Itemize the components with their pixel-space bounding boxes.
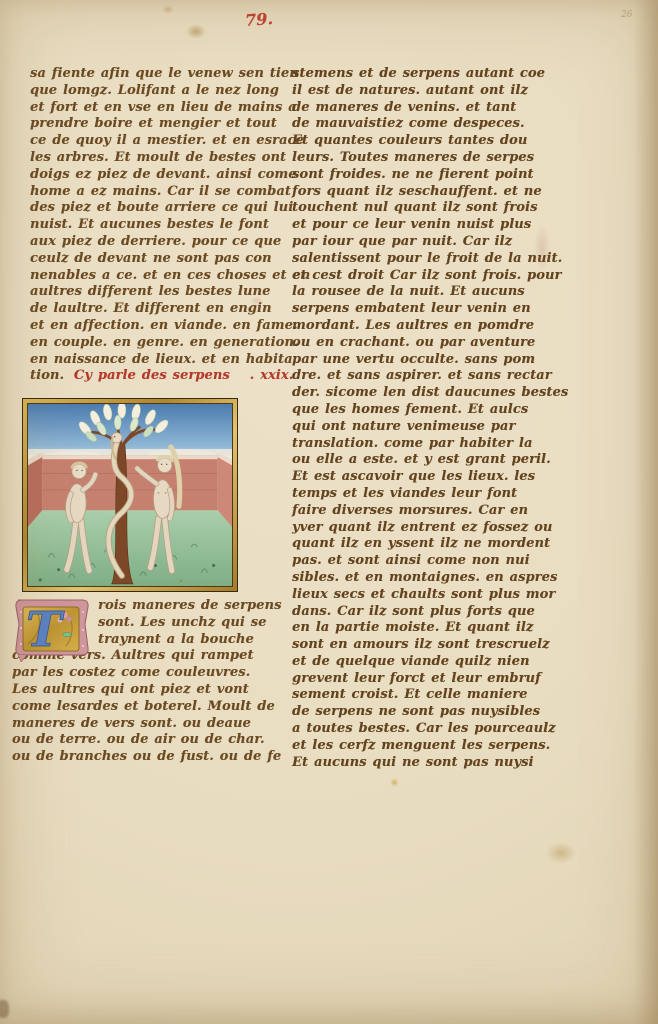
text-line: doigs ez piez de devant. ainsi come [30,167,288,184]
text-line: de laultre. Et different en engin [30,301,288,318]
text-line: et fort et en vse en lieu de mains a [30,100,288,117]
text-line: sibles. et en montaignes. en aspres [292,570,560,587]
text-line: touchent nul quant ilz sont frois [292,200,560,217]
text-line: grevent leur forct et leur embruf [292,671,560,688]
parchment-stain [390,778,399,787]
text-line: par les costez come couleuvres. [12,665,288,682]
text-line: ceulz de devant ne sont pas con [30,251,288,268]
chapter-numeral: . xxix. [250,368,294,383]
text-line: de mauvaistiez come despeces. [292,116,560,133]
text-line: fors quant ilz seschauffent. et ne [292,184,560,201]
right-column: stemens et de serpens autant coeil est d… [292,66,560,771]
folio-mark: 79. [244,9,273,30]
text-line: maneres de vers sont. ou deaue [12,716,288,733]
text-line: prendre boire et mengier et tout [30,116,288,133]
text-line: serpens embatent leur venin en [292,301,560,318]
text-line: home a ez mains. Car il se combat [30,184,288,201]
text-line: ou elle a este. et y est grant peril. [292,452,560,469]
text-line: yver quant ilz entrent ez fossez ou [292,520,560,537]
text-line: en naissance de lieux. et en habita [30,352,288,369]
initial-letter: T [26,602,65,658]
text-line: ou de terre. ou de air ou de char. [12,732,288,749]
page-edge-shadow [634,0,658,1024]
text-line: lieux secs et chaults sont plus mor [292,587,560,604]
text-line: pas. et sont ainsi come non nui [292,553,560,570]
text-line: par iour que par nuit. Car ilz [292,234,560,251]
text-line: la rousee de la nuit. Et aucuns [292,284,560,301]
text-line: nuist. Et aucunes bestes le font [30,217,288,234]
rubric-line: tion. Cy parle des serpens . xxix. [30,368,288,385]
text-line: qui ont nature venimeuse par [292,419,560,436]
text-line: Et aucuns qui ne sont pas nuysi [292,755,560,772]
text-line: der. sicome len dist daucunes bestes [292,385,560,402]
parchment-stain [546,842,576,864]
text-line: dre. et sans aspirer. et sans rectar [292,368,560,385]
text-line: en la partie moiste. Et quant ilz [292,620,560,637]
left-column: sa fiente afin que le venew sen tienque … [30,66,288,385]
text-line: et les cerfz menguent les serpens. [292,738,560,755]
text-line: ce de quoy il a mestier. et en esrace [30,133,288,150]
parchment-stain [162,5,174,14]
rubric-lead: tion. [30,368,64,383]
text-line: sement croist. Et celle maniere [292,687,560,704]
right-column-text: stemens et de serpens autant coeil est d… [292,66,560,771]
corner-annotation: 26 [621,10,632,20]
text-line: sa fiente afin que le venew sen tien [30,66,288,83]
parchment-stain [186,24,206,39]
text-line: Les aultres qui ont piez et vont [12,682,288,699]
text-line: de serpens ne sont pas nuysibles [292,704,560,721]
text-line: et pour ce leur venin nuist plus [292,217,560,234]
manuscript-page: 79. 26 sa fiente afin que le venew sen t… [0,0,658,1024]
text-line: sont en amours ilz sont trescruelz [292,637,560,654]
initial-text-block: T rois maneres de serpenssont. Les unchz… [12,598,288,766]
text-line: et en affection. en viande. en fame. [30,318,288,335]
text-line: Et est ascavoir que les lieux. les [292,469,560,486]
text-line: sont froides. ne ne fierent point [292,167,560,184]
text-line: aultres different les bestes lune [30,284,288,301]
text-line: nenables a ce. et en ces choses et en [30,268,288,285]
illuminated-initial-art: T [12,598,92,662]
parchment-stain [0,1000,9,1018]
text-line: en couple. en genre. en generation. [30,335,288,352]
text-line: stemens et de serpens autant coe [292,66,560,83]
text-line: come lesardes et boterel. Moult de [12,699,288,716]
text-line: Et quantes couleurs tantes dou [292,133,560,150]
text-line: aux piez de derriere. pour ce que [30,234,288,251]
text-line: par une vertu occulte. sans pom [292,352,560,369]
initial-continuation-lines: comme vers. Aultres qui rampetpar les co… [12,648,288,766]
text-line: leurs. Toutes maneres de serpes [292,150,560,167]
text-line: dans. Car ilz sont plus forts que [292,604,560,621]
text-line: il est de natures. autant ont ilz [292,83,560,100]
text-line: et de quelque viande quilz nien [292,654,560,671]
text-line: de maneres de venins. et tant [292,100,560,117]
text-line: quant ilz en yssent ilz ne mordent [292,536,560,553]
miniature-scene [27,403,233,587]
miniature-gold-frame [22,398,238,592]
miniature-adam-eve-serpent [22,398,238,592]
text-line: des piez et boute arriere ce qui lui [30,200,288,217]
text-line: ou en crachant. ou par aventure [292,335,560,352]
text-line: que lomgz. Lolifant a le nez long [30,83,288,100]
text-line: et cest droit Car ilz sont frois. pour [292,268,560,285]
text-line: mordant. Les aultres en pomdre [292,318,560,335]
text-line: que les homes fement. Et aulcs [292,402,560,419]
text-line: ou de branches ou de fust. ou de fe [12,749,288,766]
rubric-title: Cy parle des serpens [74,368,230,383]
text-line: salentissent pour le froit de la nuit. [292,251,560,268]
text-line: faire diverses morsures. Car en [292,503,560,520]
text-line: translation. come par habiter la [292,436,560,453]
text-line: les arbres. Et moult de bestes ont [30,150,288,167]
text-line: a toutes bestes. Car les pourceaulz [292,721,560,738]
left-column-text: sa fiente afin que le venew sen tienque … [30,66,288,368]
text-line: temps et les viandes leur font [292,486,560,503]
illuminated-initial: T [12,598,92,662]
